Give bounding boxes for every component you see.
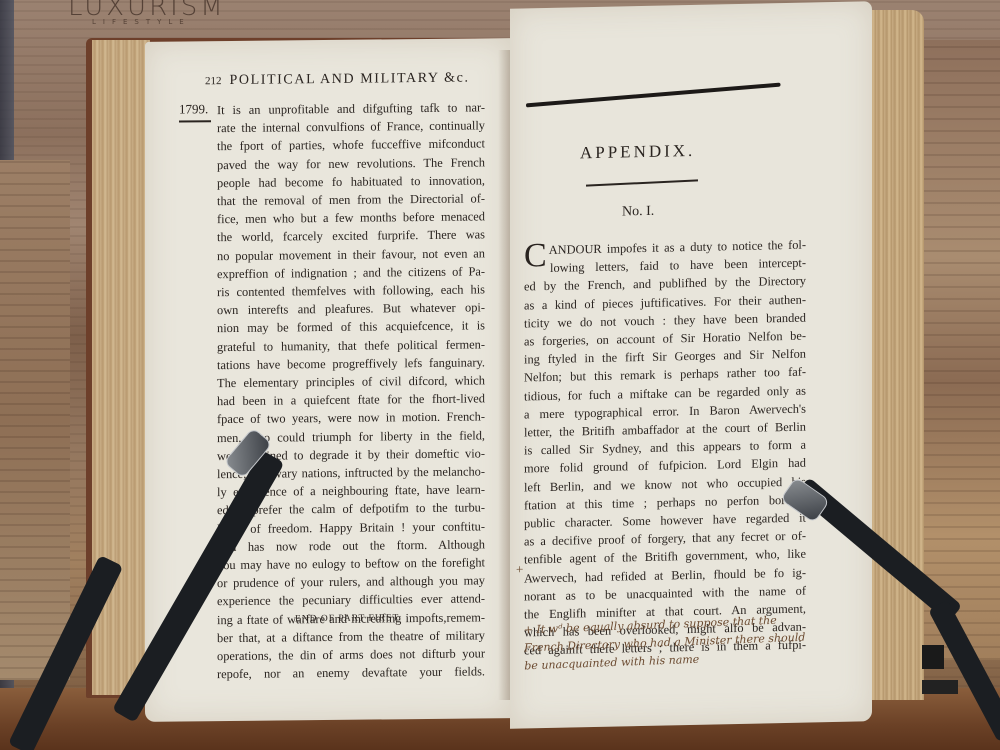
watermark: LUXURISM LIFESTYLE [68,0,226,26]
right-page-text: CANDOUR impofes it as a duty to notice t… [524,236,806,661]
page-number: 212 [205,75,222,87]
left-page-text: It is an unprofitable and difgufting taf… [217,98,485,683]
ornamental-rule-small [586,179,698,186]
appendix-heading: APPENDIX. [580,141,695,163]
wood-panel-left [0,160,70,680]
margin-rule [179,120,211,122]
margin-mark: + [516,562,523,578]
text-line: nion may be formed of this acquiefcence,… [217,317,485,338]
running-head-title: POLITICAL AND MILITARY &c. [230,71,470,89]
text-line: experience the pecuniary difficulties ev… [217,590,485,611]
appendix-number: No. I. [622,204,654,221]
hinge-icon [922,645,944,669]
drop-cap: C [524,241,547,271]
running-head: 212POLITICAL AND MILITARY &c. [205,71,470,90]
text-line: the world, fcarcely excited furprife. Th… [217,226,485,247]
end-of-part-note: END OF PART FIRST. [295,613,402,624]
margin-year: 1799. [179,101,208,117]
hinge-base [922,680,958,694]
text-line: fpace of two years, were now in motion. … [217,408,485,429]
left-page: 212POLITICAL AND MILITARY &c. 1799. It i… [145,38,510,722]
text-line: the fport of parties, whofe fucceffive m… [217,135,485,156]
wood-panel-right [918,40,1000,660]
ornamental-rule [526,83,781,108]
right-page: APPENDIX. No. I. CANDOUR impofes it as a… [510,1,872,729]
page-edges-right [868,10,924,700]
text-line: repofe, nor an enemy devaftate your fiel… [217,663,485,684]
